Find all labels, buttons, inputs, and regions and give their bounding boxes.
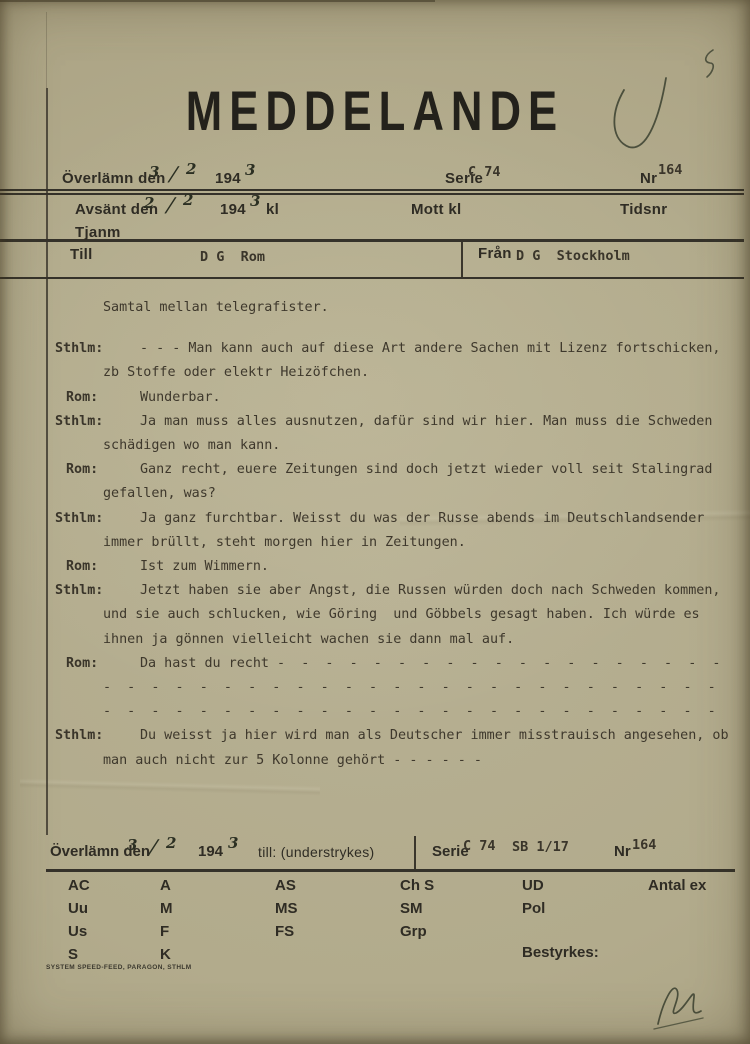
document-title: MEDDELANDE	[83, 78, 668, 143]
dist-cell: K	[160, 946, 171, 963]
dialogue-entry: Sthlm: Ja ganz furchtbar. Weisst du was …	[55, 507, 727, 555]
dialogue-line: - - - Man kann auch auf diese Art andere…	[103, 337, 727, 361]
speaker-label: Sthlm:	[55, 410, 103, 434]
speaker-label: Sthlm:	[55, 337, 103, 361]
dist-cell: Uu	[68, 900, 88, 917]
overlamn-slash-handwritten: /	[169, 162, 179, 187]
printer-imprint: SYSTEM SPEED-FEED, PARAGON, STHLM	[46, 964, 192, 971]
dist-cell: UD	[522, 877, 544, 894]
dialogue-line: immer brüllt, steht morgen hier in Zeitu…	[103, 531, 727, 555]
avsant-year-prefix-printed: 194	[220, 201, 246, 218]
bestyrkes-label: Bestyrkes:	[522, 944, 599, 961]
nr-value: 164	[658, 162, 682, 178]
avsant-slash-handwritten: /	[166, 193, 176, 218]
dialogue-line: Ja ganz furchtbar. Weisst du was der Rus…	[103, 507, 727, 531]
dialogue-entry: Sthlm: Ja man muss alles ausnutzen, dafü…	[55, 410, 727, 458]
dialogue-entry: Rom: Wunderbar.	[55, 386, 727, 410]
dialogue-line: und sie auch schlucken, wie Göring und G…	[103, 603, 727, 627]
dialogue-line: Da hast du recht - - - - - - - - - - - -…	[103, 652, 727, 676]
dist-cell: Pol	[522, 900, 545, 917]
dist-cell: A	[160, 877, 171, 894]
footer-nr-label: Nr	[614, 843, 631, 860]
message-subject: Samtal mellan telegrafister.	[55, 296, 727, 320]
header-double-rule-bottom	[0, 193, 744, 195]
dialogue-dash-line: - - - - - - - - - - - - - - - - - - - - …	[103, 676, 727, 700]
header-double-rule-top	[0, 189, 744, 191]
dist-cell: Ch S	[400, 877, 434, 894]
dialogue-entry: Rom: Ist zum Wimmern.	[55, 555, 727, 579]
overlamn-day-handwritten: 3	[149, 163, 159, 181]
dist-cell: FS	[275, 923, 294, 940]
form-left-border	[46, 88, 48, 835]
overlamn-month-handwritten: 2	[186, 160, 196, 178]
fran-value: D G Stockholm	[516, 248, 630, 264]
dist-cell: AS	[275, 877, 296, 894]
antal-ex-label: Antal ex	[648, 877, 706, 894]
dialogue-entry: Rom: Da hast du recht - - - - - - - - - …	[55, 652, 727, 725]
speaker-label: Rom:	[66, 386, 98, 410]
dialogue-line: ihnen ja gönnen vielleicht wachen sie da…	[103, 628, 727, 652]
dist-cell: M	[160, 900, 173, 917]
avsant-month-handwritten: 2	[183, 191, 193, 209]
dialogue-line: zb Stoffe oder elektr Heizöfchen.	[103, 361, 727, 385]
tjanm-label: Tjanm	[75, 224, 121, 241]
address-box-divider	[461, 242, 463, 277]
footer-divider	[414, 836, 416, 869]
paper-top-edge	[0, 0, 435, 2]
avsant-year-handwritten: 3	[250, 192, 260, 210]
dialogue-line: Du weisst ja hier wird man als Deutscher…	[103, 724, 727, 748]
footer-day-handwritten: 3	[127, 836, 137, 854]
footer-nr-value: 164	[632, 837, 656, 853]
footer-till-label: till: (understrykes)	[258, 844, 374, 860]
pen-mark-corner	[706, 50, 714, 77]
telegram-form-scan: MEDDELANDE Överlämn den 3 / 2 194 3 Seri…	[0, 0, 750, 1044]
dialogue-line: gefallen, was?	[103, 482, 727, 506]
speaker-label: Rom:	[66, 458, 98, 482]
footer-sb-value: SB 1/17	[512, 839, 569, 855]
footer-rule	[46, 869, 735, 872]
speaker-label: Rom:	[66, 555, 98, 579]
speaker-label: Sthlm:	[55, 579, 103, 603]
dialogue-entry: Sthlm: Jetzt haben sie aber Angst, die R…	[55, 579, 727, 652]
pen-mark-signature	[658, 988, 701, 1024]
dialogue-line: man auch nicht zur 5 Kolonne gehört - - …	[103, 749, 727, 773]
overlamn-year-handwritten: 3	[245, 161, 255, 179]
footer-serie-value: C 74	[463, 838, 496, 854]
dist-cell: MS	[275, 900, 298, 917]
mott-label: Mott kl	[411, 201, 461, 218]
speaker-label: Sthlm:	[55, 507, 103, 531]
address-box-bottom-rule	[0, 277, 744, 279]
dialogue-dash-line: - - - - - - - - - - - - - - - - - - - - …	[103, 700, 727, 724]
year-prefix-printed: 194	[215, 170, 241, 187]
form-left-border-faint	[46, 12, 47, 88]
avsant-day-handwritten: 2	[144, 194, 154, 212]
dialogue-line: Jetzt haben sie aber Angst, die Russen w…	[103, 579, 727, 603]
dialogue-line: Ganz recht, euere Zeitungen sind doch je…	[103, 458, 727, 482]
footer-month-handwritten: 2	[166, 834, 176, 852]
dist-cell: Grp	[400, 923, 427, 940]
paper-crease	[20, 778, 320, 796]
dist-cell: F	[160, 923, 169, 940]
speaker-label: Sthlm:	[55, 724, 103, 748]
footer-year-handwritten: 3	[228, 834, 238, 852]
pen-mark-signature-tail	[654, 1018, 703, 1029]
dialogue-line: schädigen wo man kann.	[103, 434, 727, 458]
fran-label: Från	[478, 245, 512, 262]
speaker-label: Rom:	[66, 652, 98, 676]
dialogue-entry: Rom: Ganz recht, euere Zeitungen sind do…	[55, 458, 727, 506]
dist-cell: AC	[68, 877, 90, 894]
dialogue-entry: Sthlm: Du weisst ja hier wird man als De…	[55, 724, 727, 772]
dist-cell: S	[68, 946, 78, 963]
till-label: Till	[70, 246, 93, 263]
dialogue-line: Ist zum Wimmern.	[103, 555, 727, 579]
message-body: Samtal mellan telegrafister. Sthlm: - - …	[55, 296, 727, 773]
footer-slash-handwritten: /	[149, 835, 159, 860]
dist-cell: Us	[68, 923, 87, 940]
tidsnr-label: Tidsnr	[620, 201, 667, 218]
dialogue-entry: Sthlm: - - - Man kann auch auf diese Art…	[55, 337, 727, 385]
nr-label: Nr	[640, 170, 657, 187]
till-value: D G Rom	[200, 249, 265, 265]
dialogue-line: Wunderbar.	[103, 386, 727, 410]
serie-value: C 74	[468, 164, 501, 180]
dialogue-line: Ja man muss alles ausnutzen, dafür sind …	[103, 410, 727, 434]
dist-cell: SM	[400, 900, 423, 917]
footer-year-prefix-printed: 194	[198, 843, 223, 860]
kl-label: kl	[266, 201, 279, 218]
